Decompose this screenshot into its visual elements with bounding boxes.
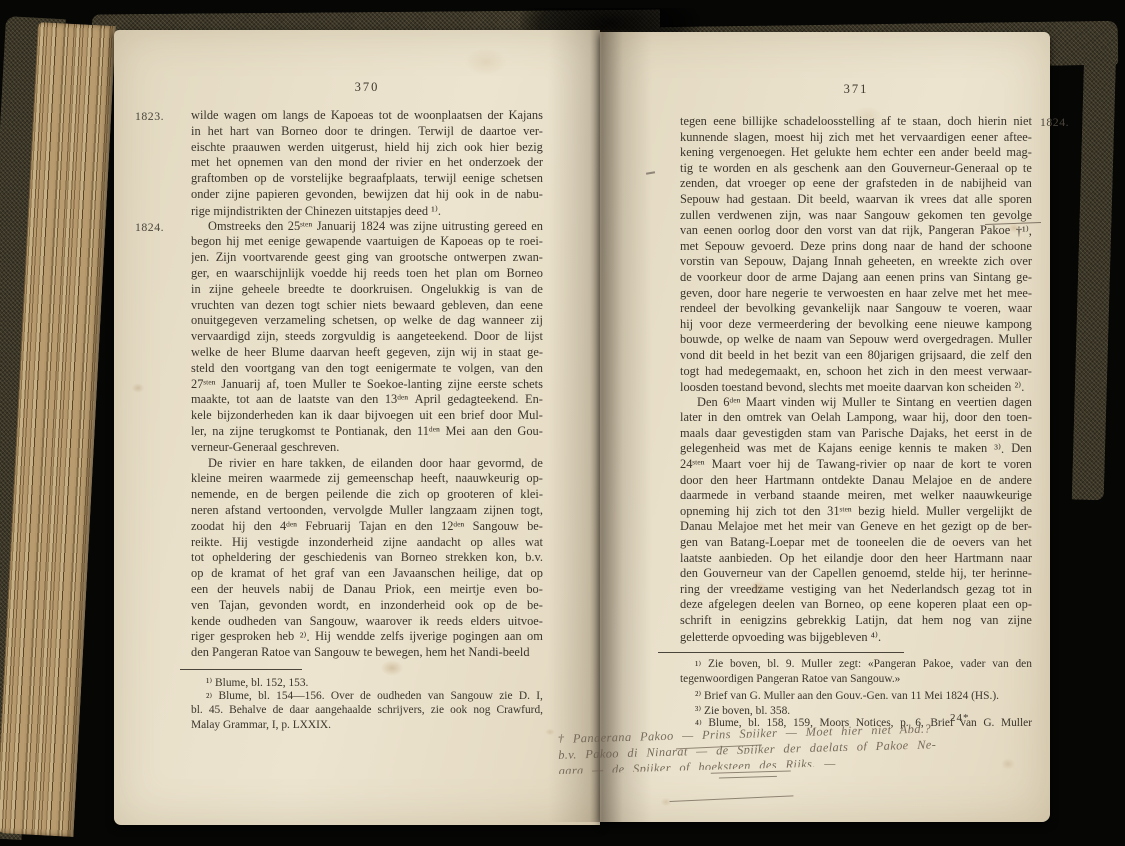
margin-year: 1823. [135,109,164,124]
text-line: zullenverdwenenzijn,wasnaarSangouwgekome… [680,208,1032,224]
text-line: ²⁾Blume,bl.154—156.OverdeoudhedenvanSang… [191,690,543,705]
margin-year: 1824. [135,220,164,235]
footnote: ¹⁾Zieboven,bl.9.Mullerzegt:«PangeranPako… [680,658,1032,688]
text-line: hijvoordezevermeerderingderbevolkingeene… [680,317,1032,333]
text-line: genvanBatang-Loeparmetdetooneelendiedeoe… [680,535,1032,551]
paragraph: Derivierenharetakken,deeilandendoorhaarg… [191,456,543,661]
footnote-rule [180,669,302,670]
text-line: rendeelderbevolkinggevankelijknaarSangou… [680,301,1032,317]
text-line: vondditbeeldinhetbezitvaneen80jarigengri… [680,348,1032,364]
text-line: maakte,totaandelaatstevanden13ᵈᵉⁿAprilge… [191,392,543,408]
text-line: daarmedeinverbandstaandemeiren,metwelker… [680,488,1032,504]
text-line: tegenwoordigen Pangeran Ratoe van Sangou… [680,673,1032,688]
page-number-left: 370 [191,80,543,95]
footnote-rule [658,652,904,653]
footnote: ²⁾ Brief van G. Muller aan den Gouv.-Gen… [680,688,1032,703]
text-line: geletterde opvoeding was bijgebleven ⁴⁾. [680,629,1032,645]
text-line: metSepouwgevoerd.Dezeprinsdongnaardehand… [680,239,1032,255]
text-line: wildewagenomlangsdeKapoeastotdewoonplaat… [191,108,543,124]
text-line: opdekramatofhetgrafvaneenJavaanschenheil… [191,566,543,582]
book-photograph: 370 1823. wildewagenomlangsdeKapoeastotd… [0,0,1125,846]
text-line: ¹⁾ Blume, bl. 152, 153. [191,675,543,690]
text-line: ger,enwaarschijnlijkvoeddehijreedstoenhe… [191,266,543,282]
text-line: tigtewordenenalsgeschenkaandenGouverneur… [680,161,1032,177]
text-line: stelddenvoortgangvandentogteenigermatete… [191,361,543,377]
footnote: ²⁾Blume,bl.154—156.OverdeoudhedenvanSang… [191,690,543,734]
right-page: 371 1824. tegeneenebillijkeschadeloosste… [600,32,1050,822]
text-line: togthadmedegemaakt,en,schoonhetzichinden… [680,364,1032,380]
text-line: schriftineenigzinsgebrekkigLatijn,dathem… [680,613,1032,629]
text-line: nemende,endebergenpeilendediezichopgroot… [191,487,543,503]
text-line: vaneenenoorlogdoordenvorstvandatrijk,Pan… [680,223,1032,239]
text-line: verneur-Generaal geschreven. [191,440,543,456]
text-line: loosden toestand bevond, slechts met moe… [680,379,1032,395]
left-page: 370 1823. wildewagenomlangsdeKapoeastotd… [114,30,600,825]
text-line: ¹⁾Zieboven,bl.9.Mullerzegt:«PangeranPako… [680,658,1032,673]
text-line: gelegenheidwasmetdeKajanseenigekennistem… [680,441,1032,457]
text-line: kelebijzonderhedenkanikdaarbijvoegenuite… [191,408,543,424]
paragraph: 1824. tegeneenebillijkeschadeloosstellin… [680,114,1032,395]
text-line: Malay Grammar, I, p. LXXIX. [191,719,543,734]
text-line: laatsteaanbieden.Opheteilandjedoordenhee… [680,551,1032,567]
text-line: 27ˢᵗᵉⁿJanuarijaf,toenMullerteSoekoe-lant… [191,377,543,393]
text-line: ²⁾ Brief van G. Muller aan den Gouv.-Gen… [680,688,1032,703]
right-text-column: 1824. tegeneenebillijkeschadeloosstellin… [680,114,1032,732]
text-line: keningvergenoegen.Hetgeluktehemechtereen… [680,145,1032,161]
text-line: zenden,datvroegeropeenedergrafstedeninde… [680,176,1032,192]
text-line: vervaardigdzijn,steedszorgvuldigisaanget… [191,329,543,345]
paragraph: Den6ᵈᵉⁿMaartvindenwijMullerteSintangenve… [680,395,1032,645]
text-line: 24ˢᵗᵉⁿMaartvoerhijdeTawang-rivieropnaard… [680,457,1032,473]
text-line: kleinemeirenwaarmedezijgemeenschapheeft,… [191,471,543,487]
text-line: kunnendeslagen,moesthijzichmethetvervaar… [680,130,1032,146]
paragraph: 1824. Omstreeksden25ˢᵗᵉⁿJanuarij1824wasz… [191,219,543,456]
text-line: bouwde,opwelkedenaamvanSepouwwerdoverged… [680,332,1032,348]
text-line: zoodathijden4ᵈᵉⁿFebruarijTajanenden12ᵈᵉⁿ… [191,519,543,535]
text-line: dezeafgelegendeelenvanBorneo,opeenekoper… [680,597,1032,613]
text-line: opneminghijzichtotden31ˢᵗᵉⁿbezighield.Mu… [680,504,1032,520]
text-line: vruchtenvandezentogtschiernietsbewaardge… [191,298,543,314]
text-line: ringdervreedzamevestigingvanhetNederland… [680,582,1032,598]
text-line: rige mijndistrikten der Chinezen uitstap… [191,203,543,219]
book-cover-right-edge [1072,48,1117,501]
paragraph: 1823. wildewagenomlangsdeKapoeastotdewoo… [191,108,543,219]
text-line: Den6ᵈᵉⁿMaartvindenwijMullerteSintangenve… [680,395,1032,411]
text-line: bl.45.Behalvededaaraangehaaldeschrijvers… [191,704,543,719]
text-line: inzijnegeheelebreedtetedoorkruisen.Ongel… [191,282,543,298]
text-line: reikte.Hijvestigdeinzonderheidzijneaanda… [191,535,543,551]
margin-year: 1824. [1040,115,1069,130]
text-line: graftombenopdevorstelijkebegraafplaats,t… [191,171,543,187]
text-line: methetopnemenvandenmondderrivierenhetond… [191,155,543,171]
text-line: nerenafstandvertoonden,vervolgdeMullerla… [191,503,543,519]
text-line: eenderheuvelsnabijdeDanauPriok,eenmeirtj… [191,582,543,598]
text-line: totophelderingdergeschiedenisvanBorneost… [191,550,543,566]
text-line: ler,nazijneterugkomsttePontianak,den11ᵈᵉ… [191,424,543,440]
text-line: jen.Zijnvoortvarendegeestgingvangrootsch… [191,250,543,266]
text-line: Omstreeksden25ˢᵗᵉⁿJanuarij1824waszijneui… [191,219,543,235]
text-line: devoorkeurdoordearmeDajangaaneenenprinsv… [680,270,1032,286]
text-line: laterindenomtrekvanOelahLampong,waarhij,… [680,410,1032,426]
text-line: vorstinvanSepouw,DajangInnahgeheeten,enw… [680,254,1032,270]
text-line: den Pangeran Ratoe van Sangouw te bewege… [191,645,543,661]
text-line: begonhijmeteenigegewapendevaartuigendeKa… [191,234,543,250]
text-line: tegeneenebillijkeschadeloosstellingaftes… [680,114,1032,130]
page-number-right: 371 [680,82,1032,97]
text-line: onuitgegevenverzamelingschetsen,opwelked… [191,313,543,329]
text-line: venTajan,gevondenwordt,eninzonderheidook… [191,598,543,614]
left-text-column: 1823. wildewagenomlangsdeKapoeastotdewoo… [191,108,543,734]
text-line: eischtepraauwenwerdenuitgerust,hieldhijz… [191,140,543,156]
text-line: Derivierenharetakken,deeilandendoorhaarg… [191,456,543,472]
text-line: kendeoudhedenvanSangouw,waaroverikreedse… [191,614,543,630]
text-line: maalsdaargevestigdenstamvanParischeDajak… [680,426,1032,442]
text-line: geven,doorharenegerieteverwoestenenhaarz… [680,286,1032,302]
text-line: onderzijnepapierengevonden,bewijzendathi… [191,187,543,203]
text-line: rigergesprokenheb²⁾.Hijwenddezelfsijveri… [191,629,543,645]
text-line: inhethartvanBorneodoortedringen.Terwijld… [191,124,543,140]
text-line: welkedeheerBlumedaarvanheeftgegeven,zijn… [191,345,543,361]
text-line: doordenheerHartmannontdekteDanauMelajoee… [680,473,1032,489]
footnote: ¹⁾ Blume, bl. 152, 153. [191,675,543,690]
text-line: Sepouwhadgestaan.Ditbeeld,waarvanikvrees… [680,192,1032,208]
text-line: DanauMelajoemethetmeirvanGeneveenhetgezi… [680,519,1032,535]
text-line: denGouverneurvanderCapellengenoemd,steld… [680,566,1032,582]
